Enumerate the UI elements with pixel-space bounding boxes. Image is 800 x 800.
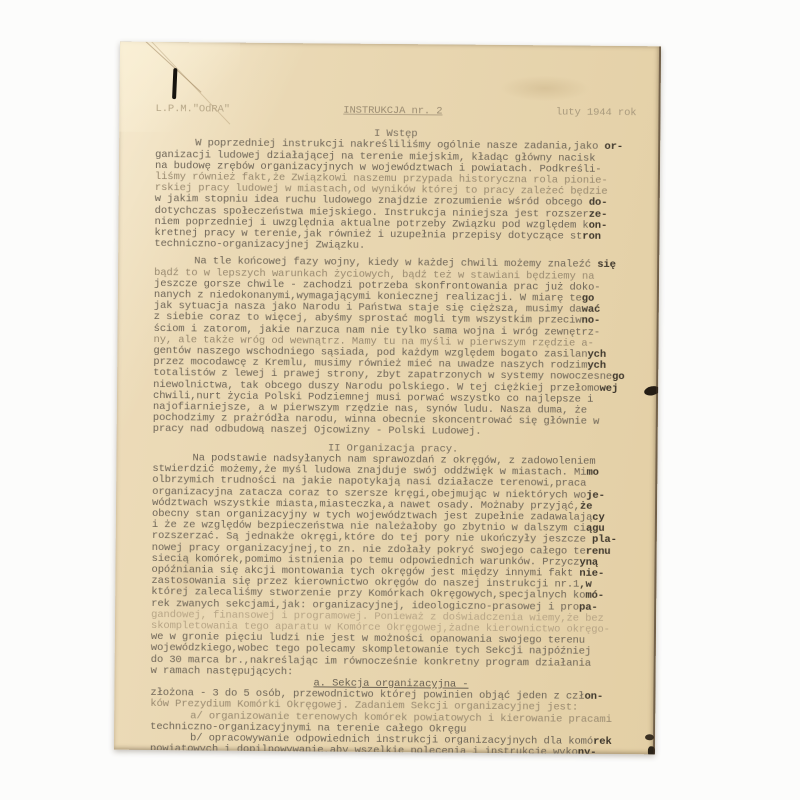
document-body: I WstępW poprzedniej instrukcji nakreśli… [150, 127, 636, 754]
document-title: INSTRUKCJA nr. 2 [343, 106, 442, 118]
document-paper: L.P.M."OdRA" INSTRUKCJA nr. 2 luty 1944 … [114, 42, 661, 755]
paper-stain [500, 75, 590, 102]
scanned-page-background: L.P.M."OdRA" INSTRUKCJA nr. 2 luty 1944 … [0, 0, 800, 800]
document-date: luty 1944 rok [556, 107, 637, 119]
paper-edge-shadow [653, 46, 661, 754]
ink-blot-mark [643, 385, 660, 397]
document-content: L.P.M."OdRA" INSTRUKCJA nr. 2 luty 1944 … [150, 104, 637, 754]
document-header: L.P.M."OdRA" INSTRUKCJA nr. 2 luty 1944 … [155, 104, 636, 119]
header-org-label: L.P.M."OdRA" [155, 104, 230, 116]
